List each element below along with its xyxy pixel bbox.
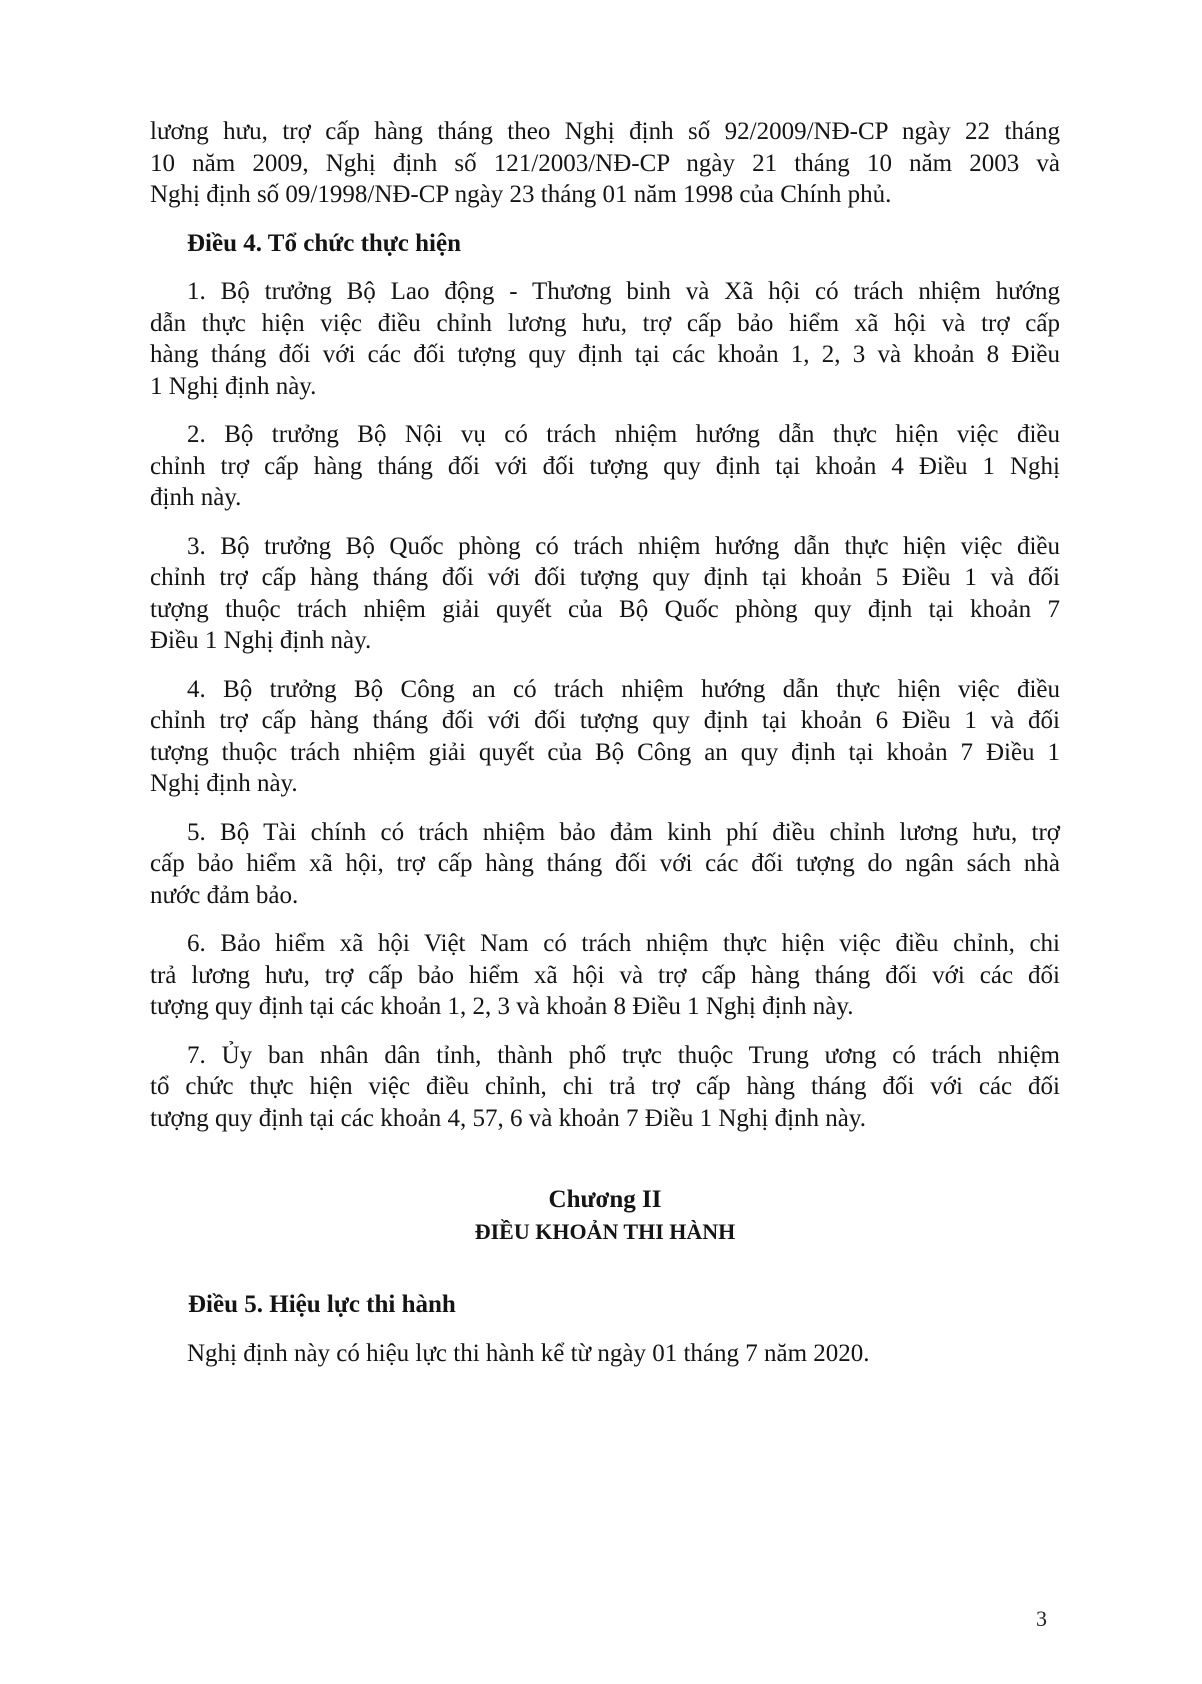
chapter-title: Chương II [150, 1184, 1060, 1216]
text-line: 5. Bộ Tài chính có trách nhiệm bảo đảm k… [150, 817, 1060, 849]
text-line: trả lương hưu, trợ cấp bảo hiểm xã hội v… [150, 960, 1060, 992]
text-line: 10 năm 2009, Nghị định số 121/2003/NĐ-CP… [150, 148, 1060, 180]
article-4-clause-7: 7. Ủy ban nhân dân tỉnh, thành phố trực … [150, 1040, 1060, 1135]
chapter-subtitle: ĐIỀU KHOẢN THI HÀNH [150, 1216, 1060, 1248]
article-4-clause-1: 1. Bộ trưởng Bộ Lao động - Thương binh v… [150, 276, 1060, 402]
article-4-heading: Điều 4. Tổ chức thực hiện [187, 228, 1060, 260]
page-number: 3 [1036, 1606, 1047, 1632]
article-4-clause-5: 5. Bộ Tài chính có trách nhiệm bảo đảm k… [150, 817, 1060, 912]
article-5-heading: Điều 5. Hiệu lực thi hành [188, 1289, 1060, 1321]
text-line: Nghị định này. [150, 768, 1060, 800]
article-4-clause-2: 2. Bộ trưởng Bộ Nội vụ có trách nhiệm hư… [150, 419, 1060, 514]
text-line: nước đảm bảo. [150, 880, 1060, 912]
article-5: Điều 5. Hiệu lực thi hành Nghị định này … [150, 1289, 1060, 1369]
text-line: Nghị định số 09/1998/NĐ-CP ngày 23 tháng… [150, 179, 1060, 211]
text-line: tượng thuộc trách nhiệm giải quyết của B… [150, 737, 1060, 769]
article-5-text: Nghị định này có hiệu lực thi hành kể từ… [150, 1338, 1060, 1370]
text-line: dẫn thực hiện việc điều chỉnh lương hưu,… [150, 308, 1060, 340]
text-line: 1 Nghị định này. [150, 371, 1060, 403]
text-line: cấp bảo hiểm xã hội, trợ cấp hàng tháng … [150, 848, 1060, 880]
article-4-clause-6: 6. Bảo hiểm xã hội Việt Nam có trách nhi… [150, 928, 1060, 1023]
text-line: 3. Bộ trưởng Bộ Quốc phòng có trách nhiệ… [150, 531, 1060, 563]
text-line: chỉnh trợ cấp hàng tháng đối với đối tượ… [150, 705, 1060, 737]
text-line: Điều 1 Nghị định này. [150, 625, 1060, 657]
text-line: chỉnh trợ cấp hàng tháng đối với đối tượ… [150, 562, 1060, 594]
article-4-clause-4: 4. Bộ trưởng Bộ Công an có trách nhiệm h… [150, 674, 1060, 800]
text-line: hàng tháng đối với các đối tượng quy địn… [150, 339, 1060, 371]
text-line: lương hưu, trợ cấp hàng tháng theo Nghị … [150, 116, 1060, 148]
text-line: 2. Bộ trưởng Bộ Nội vụ có trách nhiệm hư… [150, 419, 1060, 451]
text-line: 6. Bảo hiểm xã hội Việt Nam có trách nhi… [150, 928, 1060, 960]
text-line: tượng quy định tại các khoản 4, 57, 6 và… [150, 1103, 1060, 1135]
text-line: chỉnh trợ cấp hàng tháng đối với đối tượ… [150, 451, 1060, 483]
text-line: tượng quy định tại các khoản 1, 2, 3 và … [150, 991, 1060, 1023]
text-line: 7. Ủy ban nhân dân tỉnh, thành phố trực … [150, 1040, 1060, 1072]
text-line: 4. Bộ trưởng Bộ Công an có trách nhiệm h… [150, 674, 1060, 706]
text-line: 1. Bộ trưởng Bộ Lao động - Thương binh v… [150, 276, 1060, 308]
text-line: Nghị định này có hiệu lực thi hành kể từ… [150, 1338, 1060, 1370]
article-4-clause-3: 3. Bộ trưởng Bộ Quốc phòng có trách nhiệ… [150, 531, 1060, 657]
text-line: tổ chức thực hiện việc điều chỉnh, chi t… [150, 1071, 1060, 1103]
chapter-heading: Chương II ĐIỀU KHOẢN THI HÀNH [150, 1184, 1060, 1247]
text-line: định này. [150, 482, 1060, 514]
text-line: tượng thuộc trách nhiệm giải quyết của B… [150, 594, 1060, 626]
intro-paragraph: lương hưu, trợ cấp hàng tháng theo Nghị … [150, 116, 1060, 211]
document-page: lương hưu, trợ cấp hàng tháng theo Nghị … [150, 116, 1060, 1386]
